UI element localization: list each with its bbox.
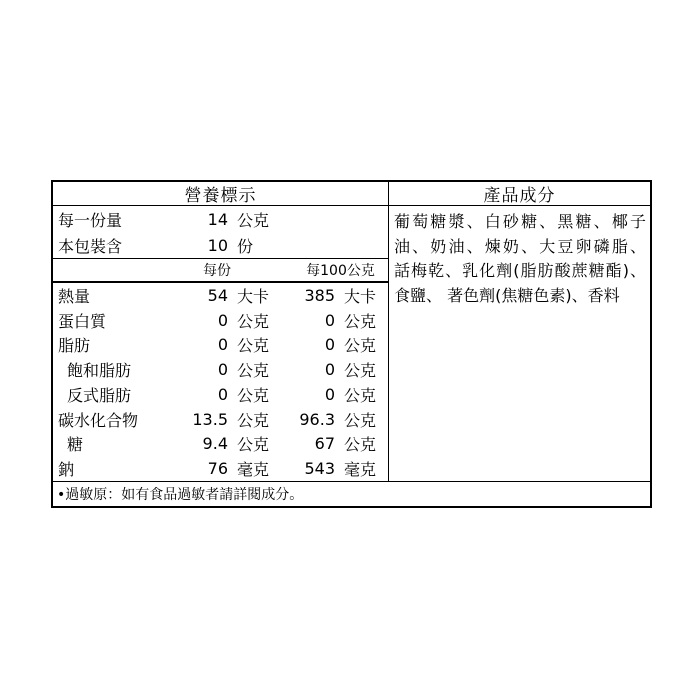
per-100g-value: 96.3 [284, 410, 335, 429]
table-row-calories: 熱量 54 大卡 385 大卡 [53, 283, 388, 308]
nutrition-title: 營養標示 [53, 182, 389, 205]
nutrient-label: 飽和脂肪 [53, 358, 181, 381]
per-100g-value: 0 [284, 311, 335, 330]
page: 營養標示 產品成分 每一份量 14 公克 本包裝含 10 份 每份 [0, 0, 700, 700]
per-serving-unit: 公克 [228, 358, 284, 381]
per-100g-unit: 公克 [335, 383, 388, 406]
per-serving-value: 13.5 [181, 410, 228, 429]
ingredients-title: 產品成分 [389, 182, 650, 205]
per-serving-header: 每份 [181, 260, 293, 280]
per-serving-value: 0 [181, 385, 228, 404]
table-row-sodium: 鈉 76 毫克 543 毫克 [53, 456, 388, 481]
nutrient-label: 鈉 [53, 457, 181, 480]
per-100g-unit: 公克 [335, 432, 388, 455]
per-serving-unit: 公克 [228, 408, 284, 431]
per-serving-value: 0 [181, 311, 228, 330]
per-serving-unit: 公克 [228, 309, 284, 332]
per-100g-unit: 公克 [335, 309, 388, 332]
ingredients-line: 話梅乾、乳化劑(脂肪酸蔗糖酯)、 [394, 259, 646, 284]
table-row-fat: 脂肪 0 公克 0 公克 [53, 333, 388, 358]
per-serving-unit: 公克 [228, 333, 284, 356]
serving-size-row: 每一份量 14 公克 [53, 206, 388, 232]
per-100g-value: 0 [284, 385, 335, 404]
nutrient-label: 反式脂肪 [53, 383, 181, 406]
per-100g-unit: 公克 [335, 358, 388, 381]
per-100g-unit: 大卡 [335, 284, 388, 307]
per-serving-value: 0 [181, 360, 228, 379]
table-title-row: 營養標示 產品成分 [53, 182, 650, 206]
per-serving-unit: 公克 [228, 432, 284, 455]
per-100g-value: 0 [284, 360, 335, 379]
per-serving-value: 54 [181, 286, 228, 305]
table-row-trans-fat: 反式脂肪 0 公克 0 公克 [53, 382, 388, 407]
per-serving-value: 76 [181, 459, 228, 478]
nutrient-rows: 熱量 54 大卡 385 大卡 蛋白質 0 公克 0 公克 脂肪 [53, 283, 388, 481]
serving-size-label: 每一份量 [53, 208, 181, 231]
serving-size-unit: 公克 [228, 208, 284, 231]
nutrient-label: 脂肪 [53, 333, 181, 356]
table-row-sugar: 糖 9.4 公克 67 公克 [53, 432, 388, 457]
ingredients-line: 油、奶油、煉奶、大豆卵磷脂、 [394, 235, 646, 260]
column-header-row: 每份 每100公克 [53, 258, 388, 283]
per-serving-value: 9.4 [181, 434, 228, 453]
table-row-protein: 蛋白質 0 公克 0 公克 [53, 308, 388, 333]
per-100g-header: 每100公克 [293, 260, 388, 280]
nutrition-ingredients-table: 營養標示 產品成分 每一份量 14 公克 本包裝含 10 份 每份 [51, 180, 652, 508]
per-100g-unit: 公克 [335, 408, 388, 431]
servings-per-pack-unit: 份 [228, 234, 284, 257]
per-100g-value: 543 [284, 459, 335, 478]
ingredients-line: 葡萄糖漿、白砂糖、黑糖、椰子 [394, 210, 646, 235]
per-serving-unit: 毫克 [228, 457, 284, 480]
servings-per-pack-label: 本包裝含 [53, 234, 181, 257]
per-serving-unit: 公克 [228, 383, 284, 406]
nutrient-label: 碳水化合物 [53, 408, 181, 431]
serving-size-value: 14 [181, 210, 228, 229]
allergen-note: •過敏原：如有食品過敏者請詳閱成分。 [57, 484, 303, 504]
ingredients-line: 食鹽、 著色劑(焦糖色素)、香料 [394, 284, 646, 309]
nutrient-label: 糖 [53, 432, 181, 455]
per-100g-value: 385 [284, 286, 335, 305]
servings-per-pack-row: 本包裝含 10 份 [53, 232, 388, 258]
table-body: 每一份量 14 公克 本包裝含 10 份 每份 每100公克 熱量 [53, 206, 650, 481]
per-100g-unit: 毫克 [335, 457, 388, 480]
ingredients-panel: 葡萄糖漿、白砂糖、黑糖、椰子 油、奶油、煉奶、大豆卵磷脂、 話梅乾、乳化劑(脂肪… [389, 206, 650, 481]
per-serving-value: 0 [181, 335, 228, 354]
nutrient-label: 蛋白質 [53, 309, 181, 332]
allergen-note-row: •過敏原：如有食品過敏者請詳閱成分。 [53, 481, 650, 506]
per-serving-unit: 大卡 [228, 284, 284, 307]
per-100g-value: 0 [284, 335, 335, 354]
nutrition-panel: 每一份量 14 公克 本包裝含 10 份 每份 每100公克 熱量 [53, 206, 389, 481]
per-100g-unit: 公克 [335, 333, 388, 356]
table-row-saturated-fat: 飽和脂肪 0 公克 0 公克 [53, 357, 388, 382]
nutrient-label: 熱量 [53, 284, 181, 307]
servings-per-pack-value: 10 [181, 236, 228, 255]
per-100g-value: 67 [284, 434, 335, 453]
table-row-carbohydrate: 碳水化合物 13.5 公克 96.3 公克 [53, 407, 388, 432]
